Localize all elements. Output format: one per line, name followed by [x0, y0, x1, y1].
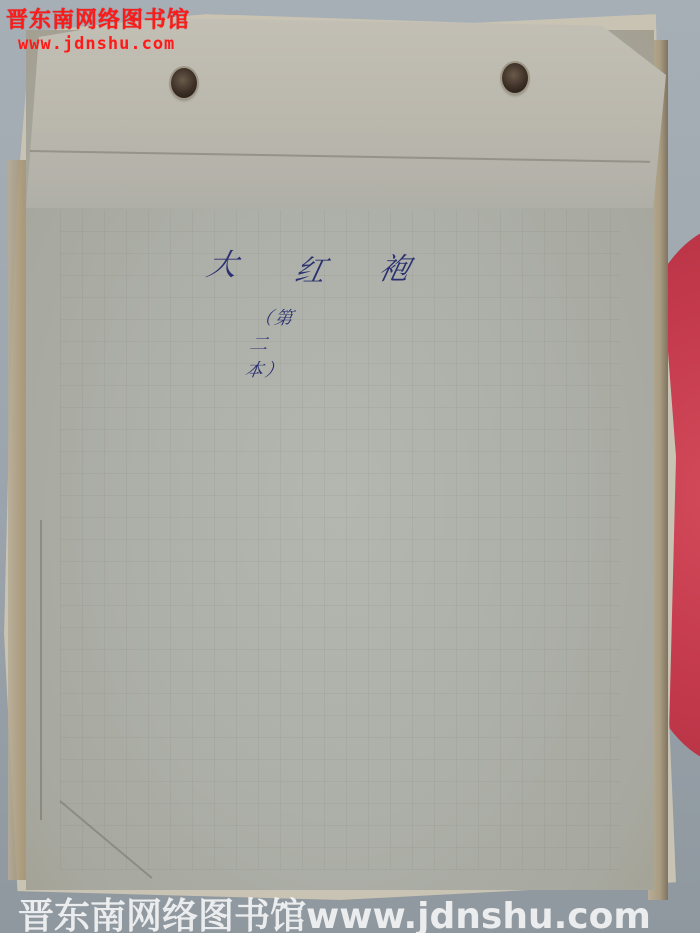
rivet-icon: [171, 68, 197, 98]
crease-line: [40, 520, 42, 820]
watermark-top-url: www.jdnshu.com: [18, 34, 175, 54]
watermark-bottom: 晋东南网络图书馆www.jdnshu.com: [18, 888, 651, 933]
watermark-top-cn: 晋东南网络图书馆: [6, 3, 190, 34]
photo-scene: 大 红 袍 （第二本） 晋东南网络图书馆 www.jdnshu.com 晋东南网…: [0, 0, 700, 933]
grid-lines: [60, 210, 620, 870]
rivet-icon: [502, 63, 528, 93]
